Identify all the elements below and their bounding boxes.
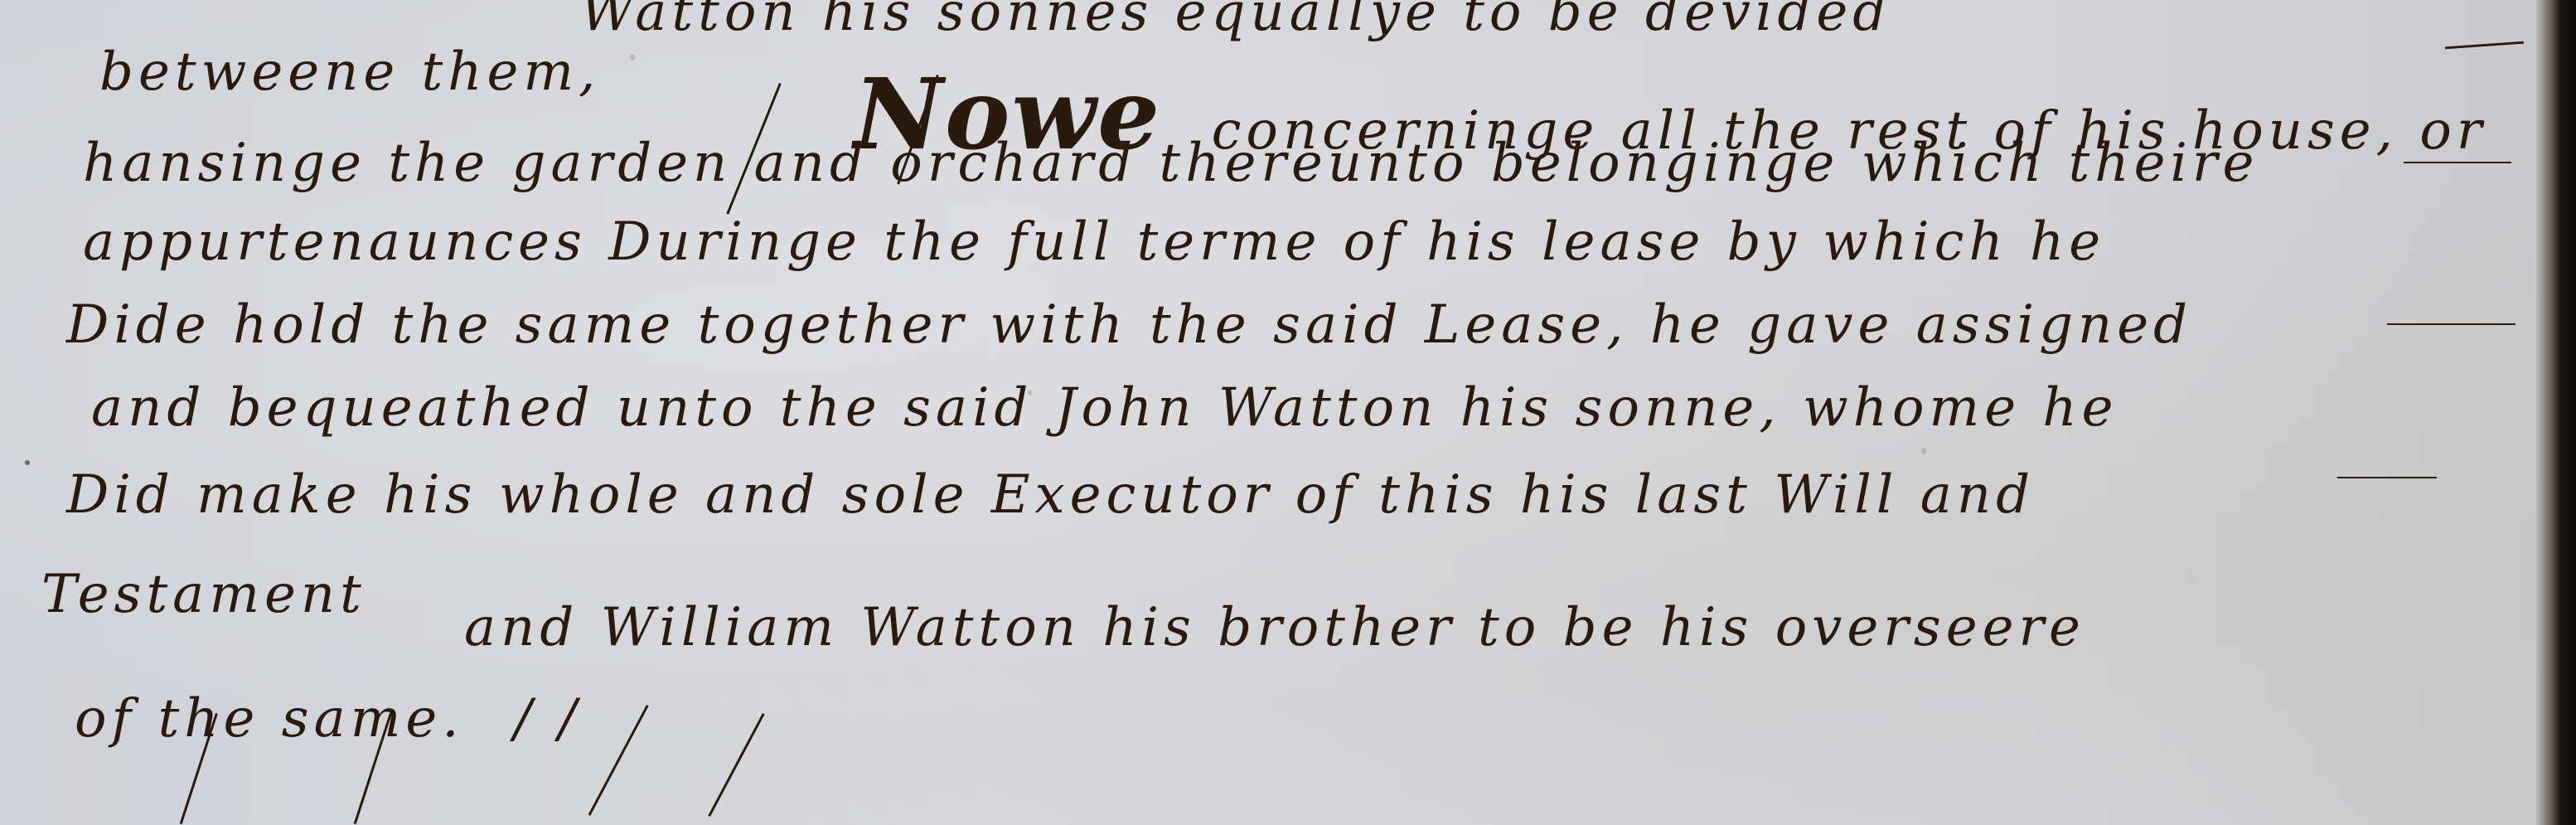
- manuscript-line: Did make his whole and sole Executor of …: [66, 464, 2063, 526]
- manuscript-line-partial: Watton his sonnes equallye to be devided: [580, 0, 1920, 43]
- manuscript-word: appurtenaunces Duringe the full terme of…: [83, 211, 2105, 273]
- manuscript-line: Dide hold the same together with the sai…: [66, 294, 2220, 356]
- manuscript-word: Watton his sonnes equallye to be devided: [580, 0, 1891, 43]
- manuscript-line: and William Watton his brother to be his…: [464, 597, 2114, 658]
- manuscript-word: Did make his whole and sole Executor of …: [66, 464, 2035, 526]
- binding-edge: [2536, 0, 2576, 825]
- manuscript-word: and William Watton his brother to be his…: [464, 597, 2085, 658]
- manuscript-line: hansinge the garden and orchard thereunt…: [83, 133, 2287, 194]
- manuscript-line: of the same. / /: [75, 688, 609, 750]
- closing-flourish: / /: [514, 688, 581, 750]
- manuscript-word: and bequeathed unto the said John Watton…: [91, 377, 2118, 439]
- manuscript-line: betweene them,: [99, 41, 628, 103]
- paper-speck: [1921, 448, 1926, 454]
- line-filler-stroke: [2387, 323, 2515, 325]
- manuscript-line: and bequeathed unto the said John Watton…: [91, 377, 2147, 439]
- line-filler-stroke: [2404, 162, 2511, 163]
- manuscript-line: Testament: [41, 564, 395, 625]
- manuscript-word: of the same.: [75, 688, 464, 750]
- paper-speck: [25, 460, 30, 465]
- manuscript-word: hansinge the garden and orchard thereunt…: [83, 133, 2259, 194]
- line-filler-stroke: [2337, 477, 2437, 478]
- paper-speck: [630, 54, 635, 61]
- manuscript-line: appurtenaunces Duringe the full terme of…: [83, 211, 2133, 273]
- manuscript-word: Testament: [41, 564, 366, 625]
- manuscript-word: betweene them,: [99, 41, 600, 103]
- manuscript-word: Dide hold the same together with the sai…: [66, 294, 2192, 356]
